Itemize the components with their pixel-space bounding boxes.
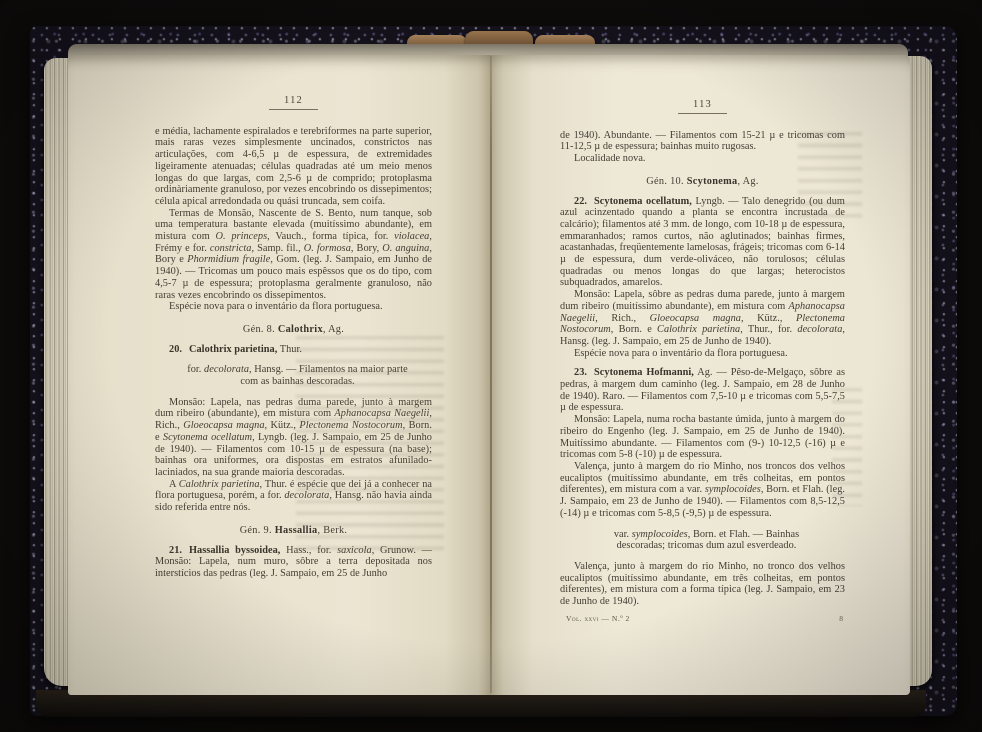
forma-note: for. decolorata, Hansg. — Filamentos na … — [185, 364, 410, 387]
text-run: Valença, junto à margem do rio Minho, no… — [560, 561, 845, 607]
text-run: 21. — [169, 545, 182, 556]
text-run: constricta — [210, 243, 252, 254]
text-run: Thur. — [277, 344, 302, 355]
paragraph: Espécie nova para o inventário da flora … — [155, 301, 432, 313]
paragraph: Monsão: Lapela, nas pedras duma parede, … — [155, 397, 432, 479]
text-run: decolorata — [284, 490, 329, 501]
left-page-content: 112 e média, lachamente espiralados e te… — [155, 95, 432, 580]
text-run: Phormidium fragile — [187, 254, 270, 265]
fore-edge-left — [44, 58, 71, 686]
page-number-right: 113 — [560, 99, 845, 114]
text-run: O. princeps — [216, 231, 268, 242]
forma-note: var. symplocoides, Born. et Flah. — Bain… — [590, 529, 823, 552]
text-run: 22. — [574, 196, 587, 207]
text-run: A — [169, 479, 179, 490]
paragraph: Monsão: Lapela, sôbre as pedras duma par… — [560, 289, 845, 348]
species-entry: 21.Hassallia byssoidea, Hass., for. saxi… — [155, 545, 432, 580]
paragraph: Termas de Monsão, Nascente de S. Bento, … — [155, 208, 432, 302]
page-number-left: 112 — [155, 95, 432, 110]
text-run: , Vauch., forma típica, for. — [267, 231, 394, 242]
text-run: , Thur., for. — [740, 324, 797, 335]
text-run: Gén. 10. — [646, 176, 686, 187]
text-run: O. anguina — [382, 243, 429, 254]
text-run: Localidade nova. — [574, 153, 646, 164]
text-run: Plectonema Nostocorum — [299, 420, 402, 431]
text-run: Scytonema ocellatum, — [594, 196, 692, 207]
volume-footer: Vol. xxvi — N.º 2 8 — [560, 613, 845, 625]
text-run: decolorata — [204, 364, 249, 375]
page-number: 113 — [678, 99, 727, 114]
text-run: Gloeocapsa magna — [650, 313, 741, 324]
right-page: 113 de 1940). Abundante. — Filamentos co… — [491, 55, 910, 695]
right-page-content: 113 de 1940). Abundante. — Filamentos co… — [560, 99, 845, 624]
text-run: Espécie nova para o inventário da flora … — [169, 301, 383, 312]
text-run: violacea — [394, 231, 429, 242]
text-run: Aphanocapsa Naegelii — [334, 408, 429, 419]
text-run: e média, lachamente espiralados e terebr… — [155, 126, 432, 207]
text-run: , Hansg. — Filamentos na maior parte com… — [240, 364, 407, 387]
paragraph: Valença, junto à margem do rio Minho, no… — [560, 461, 845, 520]
text-run: Calothrix — [278, 324, 323, 335]
text-run: O. formosa — [304, 243, 351, 254]
text-run: Hass., for. — [280, 545, 337, 556]
text-run: , Rich., — [595, 313, 649, 324]
text-run: , Bory, — [351, 243, 382, 254]
genus-heading: Gén. 9. Hassallia, Berk. — [155, 525, 432, 537]
text-run: for. — [187, 364, 204, 375]
text-run: , Born. e — [611, 324, 657, 335]
right-text-column: de 1940). Abundante. — Filamentos com 15… — [560, 130, 845, 608]
text-run: Gén. 8. — [243, 324, 278, 335]
text-run: Hassallia byssoidea, — [189, 545, 280, 556]
genus-heading: Gén. 10. Scytonema, Ag. — [560, 176, 845, 188]
text-run: Scytonema — [687, 176, 738, 187]
species-entry: 22.Scytonema ocellatum, Lyngb. — Talo de… — [560, 196, 845, 290]
text-run: , Kütz., — [741, 313, 796, 324]
signature-mark: 8 — [839, 613, 843, 625]
text-run: Hassallia — [275, 525, 318, 536]
text-run: 23. — [574, 367, 587, 378]
text-run: Scytonema ocellatum — [163, 432, 252, 443]
page-number: 112 — [269, 95, 318, 110]
book-gutter — [490, 56, 492, 693]
book-scan-photo: { "document": { "kind": "open-book-scan"… — [0, 0, 982, 732]
left-page: 112 e média, lachamente espiralados e te… — [68, 55, 491, 695]
genus-heading: Gén. 8. Calothrix, Ag. — [155, 324, 432, 336]
text-run: symplocoides — [632, 529, 688, 540]
paragraph: A Calothrix parietina, Thur. é espécie q… — [155, 479, 432, 514]
text-run: Calothrix parietina — [179, 479, 260, 490]
text-run: , Berk. — [317, 525, 347, 536]
volume-label: Vol. xxvi — N.º 2 — [566, 613, 630, 625]
paragraph: Localidade nova. — [560, 153, 845, 165]
text-run: decolorata — [797, 324, 842, 335]
text-run: de 1940). Abundante. — Filamentos com 15… — [560, 130, 845, 153]
paragraph: de 1940). Abundante. — Filamentos com 15… — [560, 130, 845, 153]
text-run: symplocoides — [705, 484, 761, 495]
text-run: , Ag. — [323, 324, 344, 335]
text-run: saxicola — [337, 545, 372, 556]
paragraph: e média, lachamente espiralados e terebr… — [155, 126, 432, 208]
paragraph: Monsão: Lapela, numa rocha bastante úmid… — [560, 414, 845, 461]
text-run: Lyngb. — Talo denegrido (ou dum azul aci… — [560, 196, 845, 289]
text-run: Gén. 9. — [240, 525, 275, 536]
left-text-column: e média, lachamente espiralados e terebr… — [155, 126, 432, 580]
species-entry: 20.Calothrix parietina, Thur. — [155, 344, 432, 356]
text-run: , Samp. fil., — [251, 243, 303, 254]
text-run: Gloeocapsa magna — [183, 420, 264, 431]
paragraph: Espécie nova para o inventário da flora … — [560, 348, 845, 360]
text-run: , Ag. — [737, 176, 758, 187]
text-run: var. — [614, 529, 632, 540]
text-run: Scytonema Hofmanni, — [594, 367, 694, 378]
text-run: Espécie nova para o inventário da flora … — [574, 348, 788, 359]
text-run: Calothrix parietina, — [189, 344, 277, 355]
text-run: Calothrix parietina — [657, 324, 740, 335]
text-run: 20. — [169, 344, 182, 355]
text-run: Monsão: Lapela, numa rocha bastante úmid… — [560, 414, 845, 460]
text-run: , Kütz., — [265, 420, 300, 431]
paragraph: Valença, junto à margem do rio Minho, no… — [560, 561, 845, 608]
species-entry: 23.Scytonema Hofmanni, Ag. — Pêso-de-Mel… — [560, 367, 845, 414]
